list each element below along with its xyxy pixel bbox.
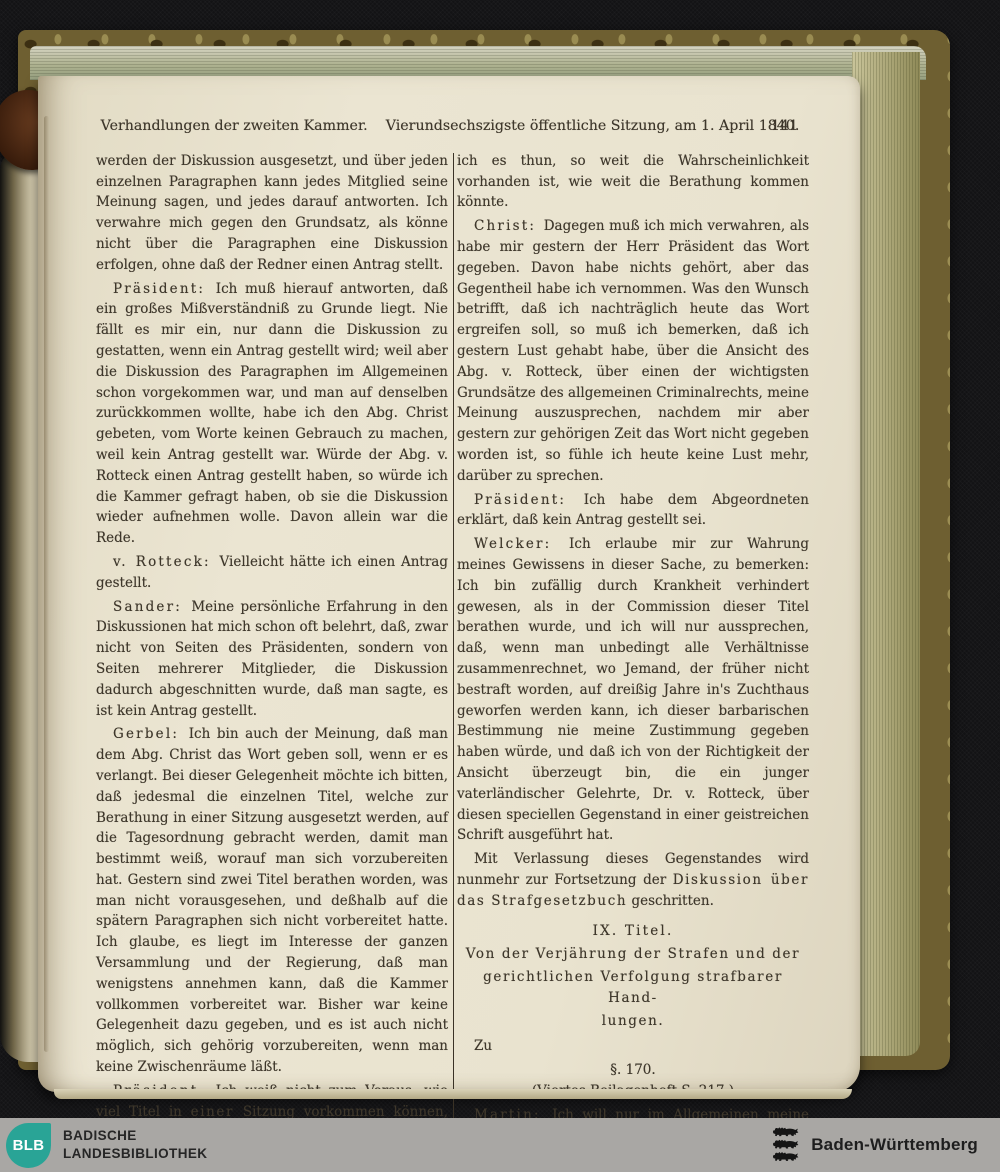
speech-speaker: Sander: [113, 599, 185, 615]
speech-paragraph: Welcker: Ich erlaube mir zur Wahrung mei… [457, 534, 809, 846]
speech-speaker: Gerbel: [113, 726, 182, 742]
speech-paragraph: Präsident: Ich muß hierauf antworten, da… [96, 279, 448, 549]
speech-speaker: Präsident: [113, 281, 208, 297]
speech-text: Ich bin auch der Meinung, daß man dem Ab… [96, 726, 448, 1075]
speech-paragraph: werden der Diskussion ausgesetzt, und üb… [96, 151, 448, 276]
section-subtitle-line: Von der Verjährung der Strafen und der [457, 944, 809, 965]
speech-paragraph: Christ: Dagegen muß ich mich verwahren, … [457, 216, 809, 486]
speech-text: Dagegen muß ich mich verwahren, als habe… [457, 218, 809, 484]
zu-label: Zu [457, 1036, 809, 1057]
library-name-line: BADISCHE [63, 1127, 207, 1145]
paragraph-reference: §. 170. [457, 1060, 809, 1081]
speech-text: Ich muß hierauf antworten, daß ein große… [96, 281, 448, 547]
text-columns: werden der Diskussion ausgesetzt, und üb… [96, 151, 810, 1167]
speech-text: Meine persönliche Erfahrung in den Disku… [96, 599, 448, 719]
section-subtitle-line: gerichtlichen Verfolgung strafbarer Hand… [457, 967, 809, 1009]
header-session-title: Vierundsechszigste öffentliche Sitzung, … [386, 118, 800, 134]
page-edges-fore-edge [852, 52, 920, 1056]
page-number: 141 [771, 116, 798, 137]
speech-paragraph: ich es thun, so weit die Wahrscheinlichk… [457, 151, 809, 213]
state-name: Baden-Württemberg [811, 1135, 978, 1155]
transition-text: geschritten. [627, 893, 714, 909]
page-header: Verhandlungen der zweiten Kammer. Vierun… [100, 116, 800, 137]
speech-speaker: Präsident: [474, 492, 569, 508]
speech-text: Ich erlaube mir zur Wahrung meines Gewis… [457, 536, 809, 843]
speech-text: ich es thun, so weit die Wahrscheinlichk… [457, 153, 809, 211]
speech-text: werden der Diskussion ausgesetzt, und üb… [96, 153, 448, 273]
speech-speaker: v. Rotteck: [113, 554, 214, 570]
column-divider-rule [453, 153, 454, 1167]
left-column: werden der Diskussion ausgesetzt, und üb… [96, 151, 448, 1167]
blb-logo-text: BLB [13, 1137, 45, 1154]
transition-paragraph: Mit Verlassung dieses Gegenstandes wird … [457, 849, 809, 911]
right-column: ich es thun, so weit die Wahrscheinlichk… [457, 151, 809, 1167]
header-journal-title: Verhandlungen der zweiten Kammer. [101, 118, 368, 134]
library-branding: BLB BADISCHE LANDESBIBLIOTHEK [0, 1123, 207, 1168]
three-lions-icon [771, 1123, 801, 1167]
speech-paragraph: Sander: Meine persönliche Erfahrung in d… [96, 597, 448, 722]
blb-logo: BLB [6, 1123, 51, 1168]
speech-speaker: Welcker: [474, 536, 554, 552]
under-page-gutter [0, 150, 38, 1062]
book-page: Verhandlungen der zweiten Kammer. Vierun… [38, 76, 860, 1092]
library-name: BADISCHE LANDESBIBLIOTHEK [63, 1127, 207, 1162]
library-footer-bar: BLB BADISCHE LANDESBIBLIOTHEK Baden-Würt… [0, 1118, 1000, 1172]
speech-paragraph: Gerbel: Ich bin auch der Meinung, daß ma… [96, 724, 448, 1078]
source-note: (Viertes Beilagenheft S. 217.) [457, 1081, 809, 1102]
library-name-line: LANDESBIBLIOTHEK [63, 1145, 207, 1163]
section-subtitle-line: lungen. [457, 1011, 809, 1032]
state-branding: Baden-Württemberg [771, 1123, 1000, 1167]
speech-speaker: Präsident. [113, 1083, 208, 1099]
speech-paragraph: Präsident: Ich habe dem Abgeordneten erk… [457, 490, 809, 532]
page-edges-top [30, 46, 926, 80]
speech-speaker: Christ: [474, 218, 539, 234]
section-title: IX. Titel. [457, 921, 809, 942]
speech-paragraph: v. Rotteck: Vielleicht hätte ich einen A… [96, 552, 448, 594]
